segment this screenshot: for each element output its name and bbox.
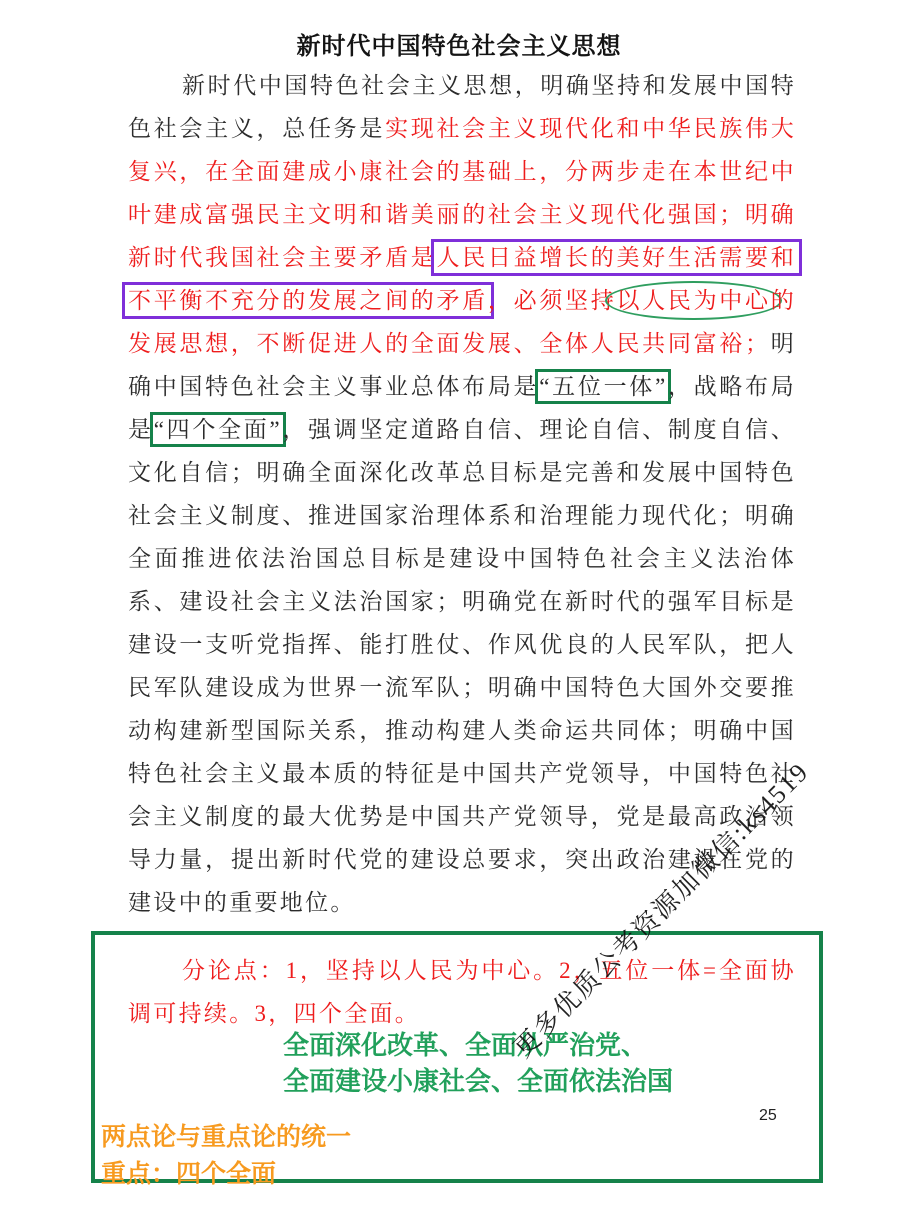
summary-box: 分论点：1，坚持以人民为中心。2，五位一体=全面协调可持续。3，四个全面。 全面… [91, 931, 823, 1183]
green-boxed-text: “四个全面” [150, 412, 286, 447]
green-boxed-text: “五位一体” [535, 369, 671, 404]
thesis-text: 分论点：1，坚持以人民为中心。2，五位一体=全面协调可持续。3，四个全面。 [128, 949, 796, 1035]
document-page: 新时代中国特色社会主义思想 新时代中国特色社会主义思想，明确坚持和发展中国特色社… [0, 0, 918, 1206]
ellipse-circled-text: 以人民为中心 [605, 281, 781, 320]
text-line: 两点论与重点论的统一 [101, 1119, 351, 1156]
text-line: 重点：四个全面 [101, 1156, 351, 1193]
text-line: 全面深化改革、全面从严治党、 [283, 1027, 673, 1063]
page-number: 25 [759, 1107, 777, 1125]
text-run: ，必须坚持 [488, 288, 617, 313]
body-paragraph: 新时代中国特色社会主义思想，明确坚持和发展中国特色社会主义，总任务是实现社会主义… [128, 64, 796, 924]
text-line: 全面建设小康社会、全面依法治国 [283, 1063, 673, 1099]
page-title: 新时代中国特色社会主义思想 [0, 26, 918, 61]
four-comprehensives-lines: 全面深化改革、全面从严治党、全面建设小康社会、全面依法治国 [283, 1027, 673, 1099]
text-run: ，强调坚定道路自信、理论自信、制度自信、文化自信；明确全面深化改革总目标是完善和… [128, 417, 796, 915]
methodology-note-lines: 两点论与重点论的统一重点：四个全面 [101, 1119, 351, 1193]
